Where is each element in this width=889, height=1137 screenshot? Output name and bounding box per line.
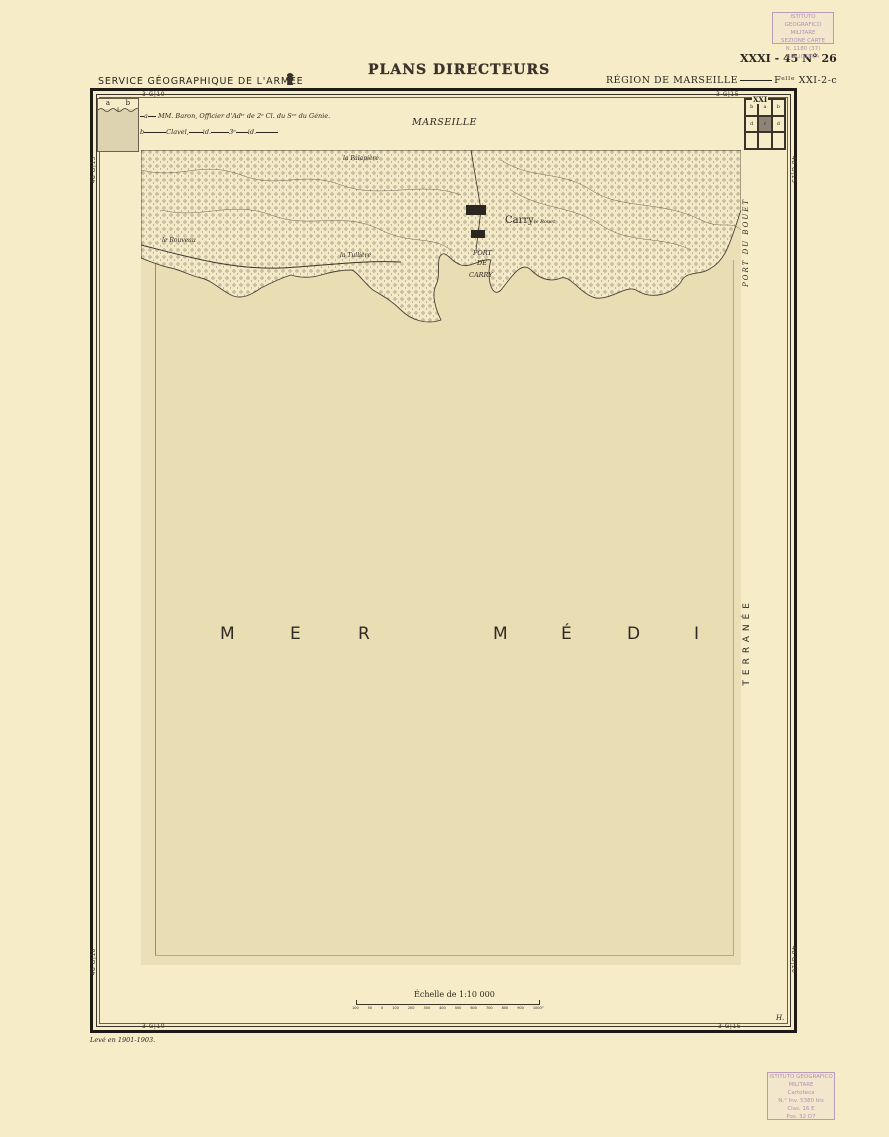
grid-label-left-bottom: 48 G|10 bbox=[90, 948, 97, 975]
grid-label-top-left: 3 G|10 bbox=[142, 91, 165, 98]
credit-b-id: id. bbox=[248, 128, 256, 136]
stamp-line: BIBLIOTECA bbox=[773, 53, 833, 61]
survey-legend-box: a b bbox=[97, 98, 139, 152]
region-name: RÉGION DE MARSEILLE bbox=[606, 75, 738, 86]
stamp-line: ISTITUTO GEOGRAFICO MILITARE bbox=[773, 13, 833, 37]
sea-name-letter: M bbox=[493, 624, 508, 644]
sea-name-letter: D bbox=[627, 624, 640, 644]
stamp-line: Clas. 16 E bbox=[768, 1105, 834, 1113]
map-series-title: PLANS DIRECTEURS bbox=[368, 62, 550, 78]
scale-tick: 1000ᵐ bbox=[533, 1006, 544, 1010]
place-label: le Rouet bbox=[534, 219, 555, 225]
publisher-label: SERVICE GÉOGRAPHIQUE DE L'ARMÉE bbox=[98, 76, 303, 87]
stamp-line: SEZIONE CARTE bbox=[773, 37, 833, 45]
grid-label-bottom-left: 3 G|10 bbox=[142, 1023, 165, 1030]
stamp-line: Cartoteca bbox=[768, 1089, 834, 1097]
scale-tick: 0 bbox=[381, 1006, 383, 1010]
stamp-line: N.° Inv. 5380 bis bbox=[768, 1097, 834, 1105]
grid-label-right-top: 48 G|15 bbox=[790, 156, 797, 183]
stamp-line: ISTITUTO GEOGRAFICO MILITARE bbox=[768, 1073, 834, 1089]
sea-name-letter: I bbox=[694, 624, 699, 644]
scale-tick: 300 bbox=[423, 1006, 430, 1010]
place-label: la Tuilière bbox=[340, 252, 371, 259]
sea-name-letter: R bbox=[358, 624, 370, 644]
surveyor-credit-b: bClavel,id.3ᵉid. bbox=[140, 128, 278, 136]
scale-tick: 900 bbox=[517, 1006, 524, 1010]
scale-tick: 800 bbox=[502, 1006, 509, 1010]
engraver-signature: H. bbox=[776, 1014, 784, 1022]
sheet-index-grid: b a b d c d bbox=[744, 98, 786, 150]
legend-wave-icon bbox=[98, 107, 138, 113]
scale-tick: 50 bbox=[368, 1006, 372, 1010]
credit-b-id: id. bbox=[203, 128, 211, 136]
scale-tick: 100 bbox=[352, 1006, 359, 1010]
stamp-line: Pos. 32 D7 bbox=[768, 1113, 834, 1121]
grid-label-left-top: 48 G|15 bbox=[90, 156, 97, 183]
scale-tick: 400 bbox=[439, 1006, 446, 1010]
scale-tick: 600 bbox=[470, 1006, 477, 1010]
coastline-land-map bbox=[141, 150, 741, 325]
grid-label-right-bottom: 48 G|10 bbox=[790, 946, 797, 973]
scale-tick: 200 bbox=[408, 1006, 415, 1010]
sea-name-letter: É bbox=[561, 624, 572, 644]
credit-b-name: Clavel, bbox=[166, 128, 189, 136]
sheet-feuille: Fᵉˡˡᵉ XXI-2-c bbox=[774, 75, 837, 86]
grid-label-bottom-right: 3 G|15 bbox=[718, 1023, 741, 1030]
sea-area-inner bbox=[155, 260, 734, 956]
scale-title: Échelle de 1:10 000 bbox=[414, 990, 495, 999]
index-cell: d bbox=[745, 116, 758, 133]
scale-tick: 500 bbox=[455, 1006, 462, 1010]
place-label-town: Carry bbox=[505, 215, 534, 226]
index-cell: d bbox=[772, 116, 785, 133]
sea-name-continued: TERRANÉE bbox=[742, 598, 752, 686]
port-label: CARRY bbox=[469, 271, 493, 279]
index-cell bbox=[745, 132, 758, 149]
sheet-name: MARSEILLE bbox=[412, 117, 477, 128]
index-cell bbox=[758, 132, 771, 149]
surveyor-credit-a: a MM. Baron, Officier d'Adᵗʳ de 2ᵉ Cl. d… bbox=[140, 112, 330, 120]
index-cell-current: c bbox=[758, 116, 771, 133]
survey-date-note: Levé en 1901-1903. bbox=[90, 1036, 155, 1044]
credit-a-text: MM. Baron, Officier d'Adᵗʳ de 2ᵉ Cl. du … bbox=[158, 112, 330, 120]
place-label: la Palapière bbox=[343, 155, 379, 162]
place-label: le Rouveau bbox=[162, 237, 196, 244]
port-label: PORT bbox=[473, 249, 492, 257]
stamp-line: N. 1180 (37) bbox=[773, 45, 833, 53]
port-du-bouet-label: PORT DU BOUET bbox=[742, 198, 750, 287]
scale-ticks: 100 50 0 100 200 300 400 500 600 700 800… bbox=[352, 1006, 544, 1010]
sea-name-letter: M bbox=[220, 624, 235, 644]
index-grid-title: XXI bbox=[752, 95, 768, 104]
emblem-icon bbox=[284, 72, 296, 86]
grid-label-top-right: 3 G|15 bbox=[716, 91, 739, 98]
port-label: DE bbox=[477, 259, 487, 267]
index-cell: b bbox=[772, 99, 785, 116]
index-cell bbox=[772, 132, 785, 149]
library-stamp-top: ISTITUTO GEOGRAFICO MILITARE SEZIONE CAR… bbox=[772, 12, 834, 44]
library-stamp-bottom: ISTITUTO GEOGRAFICO MILITARE Cartoteca N… bbox=[767, 1072, 835, 1120]
scale-tick: 700 bbox=[486, 1006, 493, 1010]
region-label: RÉGION DE MARSEILLEFᵉˡˡᵉ XXI-2-c bbox=[606, 75, 837, 86]
credit-b-class: 3ᵉ bbox=[229, 128, 236, 136]
scale-bar bbox=[356, 1000, 540, 1005]
scale-tick: 100 bbox=[392, 1006, 399, 1010]
sea-name-letter: E bbox=[290, 624, 301, 644]
